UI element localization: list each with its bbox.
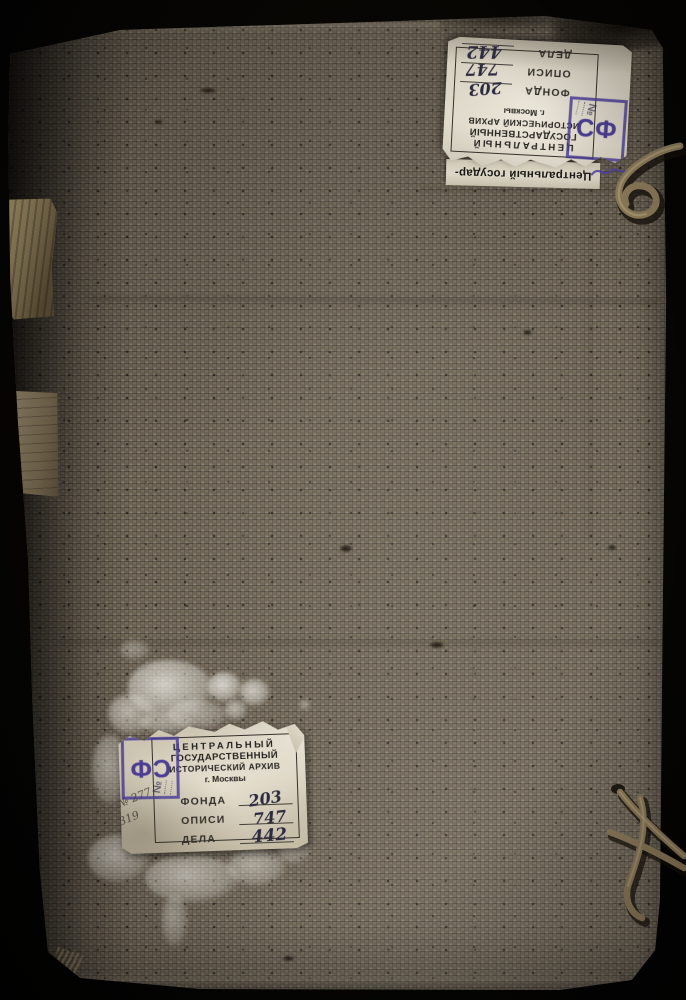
- opis-label: ОПИСИ: [512, 64, 571, 79]
- fabric-hole: [155, 120, 163, 124]
- cover-edge-highlight: [60, 972, 620, 982]
- delo-label: ДЕЛА: [513, 45, 572, 60]
- fabric-hole: [283, 956, 294, 961]
- opis-line: 747: [460, 62, 513, 85]
- label-paper: СФ № 277 319 ЦЕНТРАЛЬНЫЙ ГОСУДАРСТВЕННЫЙ…: [118, 720, 308, 854]
- delo-field: ДЕЛА 442: [181, 824, 294, 847]
- delo-line: 442: [239, 823, 294, 845]
- spine-label-remnant-bottom: [11, 389, 63, 499]
- delo-line: 442: [461, 43, 514, 66]
- fabric-hole: [608, 545, 616, 550]
- label-fields: ФОНДА 203 ОПИСИ 747 ДЕЛА 442: [180, 786, 294, 847]
- label-fields: ФОНДА 203 ОПИСИ 747 ДЕЛА 442: [459, 43, 572, 106]
- cover-edge-highlight: [20, 22, 440, 36]
- paint-splatter: [240, 679, 270, 706]
- fabric-hole: [200, 88, 216, 93]
- photo-stage: Центральный государ- СФ ЦЕНТРАЛЬНЫЙ ГОСУ…: [0, 0, 686, 1000]
- fabric-crease: [90, 297, 660, 304]
- binding-tie-bottom: [576, 762, 686, 932]
- cover-edge-damage: [440, 8, 570, 30]
- fabric-hole: [340, 545, 352, 552]
- delo-label: ДЕЛА: [182, 833, 240, 847]
- delo-value: 442: [466, 41, 502, 61]
- paint-splatter: [228, 850, 286, 886]
- opis-label: ОПИСИ: [181, 814, 239, 828]
- fond-label: ФОНДА: [511, 83, 570, 98]
- fabric-seam: [588, 210, 591, 540]
- corner-fray: [47, 947, 83, 989]
- delo-value: 442: [251, 825, 288, 848]
- paint-drip: [162, 895, 188, 947]
- paint-splatter: [120, 640, 150, 660]
- paint-splatter: [208, 672, 242, 702]
- spine-label-remnant-top: [4, 197, 58, 321]
- paint-splatter: [140, 712, 194, 734]
- paint-splatter: [145, 855, 240, 903]
- fond-label: ФОНДА: [180, 795, 238, 809]
- fond-line: 203: [459, 81, 512, 104]
- sf-stamp-text: СФ: [129, 753, 171, 783]
- paint-splatter: [225, 700, 247, 720]
- paint-splatter: [300, 700, 310, 710]
- fabric-hole: [523, 330, 532, 335]
- archive-card-bottom: СФ № 277 319 ЦЕНТРАЛЬНЫЙ ГОСУДАРСТВЕННЫЙ…: [118, 720, 308, 854]
- number-stamp: №: [151, 778, 173, 795]
- fabric-crease: [60, 640, 660, 645]
- binding-tie-top: [586, 138, 686, 258]
